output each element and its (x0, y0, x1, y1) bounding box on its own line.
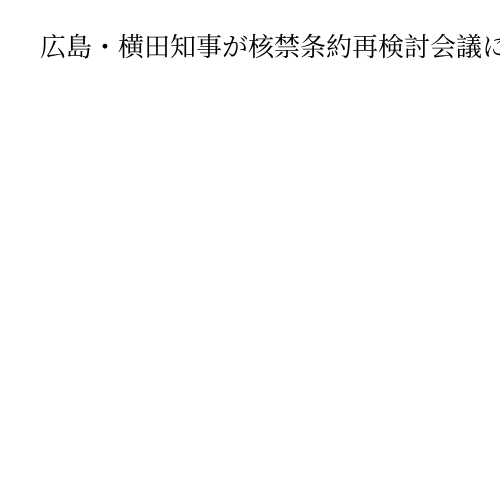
news-headline: 広島・横田知事が核禁条約再検討会議に (40, 35, 500, 61)
page: 広島・横田知事が核禁条約再検討会議に (0, 0, 500, 500)
